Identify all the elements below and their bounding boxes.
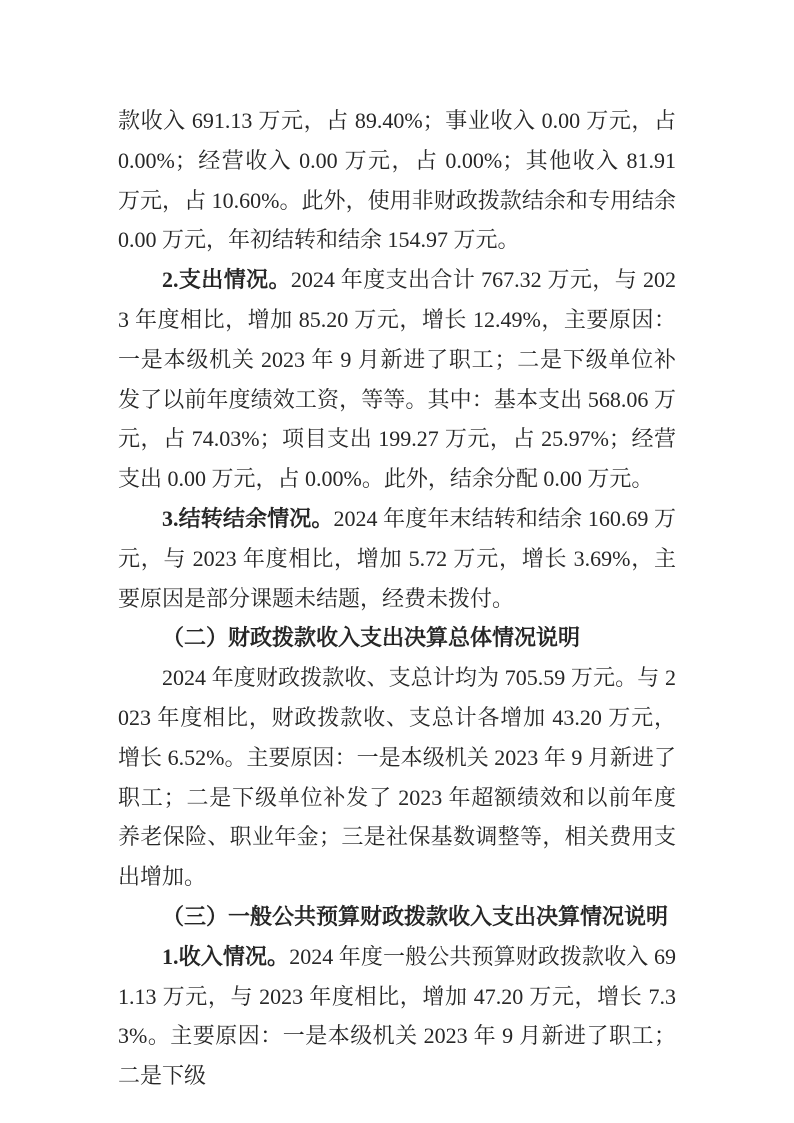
paragraph-lead: 2.支出情况。 <box>162 267 291 292</box>
paragraph: 2024 年度财政拨款收、支总计均为 705.59 万元。与 2023 年度相比… <box>118 658 676 897</box>
paragraph-lead: 3.结转结余情况。 <box>162 506 334 531</box>
paragraph: 款收入 691.13 万元，占 89.40%；事业收入 0.00 万元，占 0.… <box>118 101 676 260</box>
paragraph: 2.支出情况。2024 年度支出合计 767.32 万元，与 2023 年度相比… <box>118 260 676 499</box>
section-heading: （二）财政拨款收入支出决算总体情况说明 <box>118 618 676 658</box>
document-body: 款收入 691.13 万元，占 89.40%；事业收入 0.00 万元，占 0.… <box>118 101 676 1096</box>
paragraph: 3.结转结余情况。2024 年度年末结转和结余 160.69 万元，与 2023… <box>118 499 676 618</box>
paragraph: 1.收入情况。2024 年度一般公共预算财政拨款收入 691.13 万元，与 2… <box>118 937 676 1096</box>
paragraph-lead: 1.收入情况。 <box>162 944 289 969</box>
document-page: 款收入 691.13 万元，占 89.40%；事业收入 0.00 万元，占 0.… <box>0 0 794 1123</box>
section-heading: （三）一般公共预算财政拨款收入支出决算情况说明 <box>118 897 676 937</box>
